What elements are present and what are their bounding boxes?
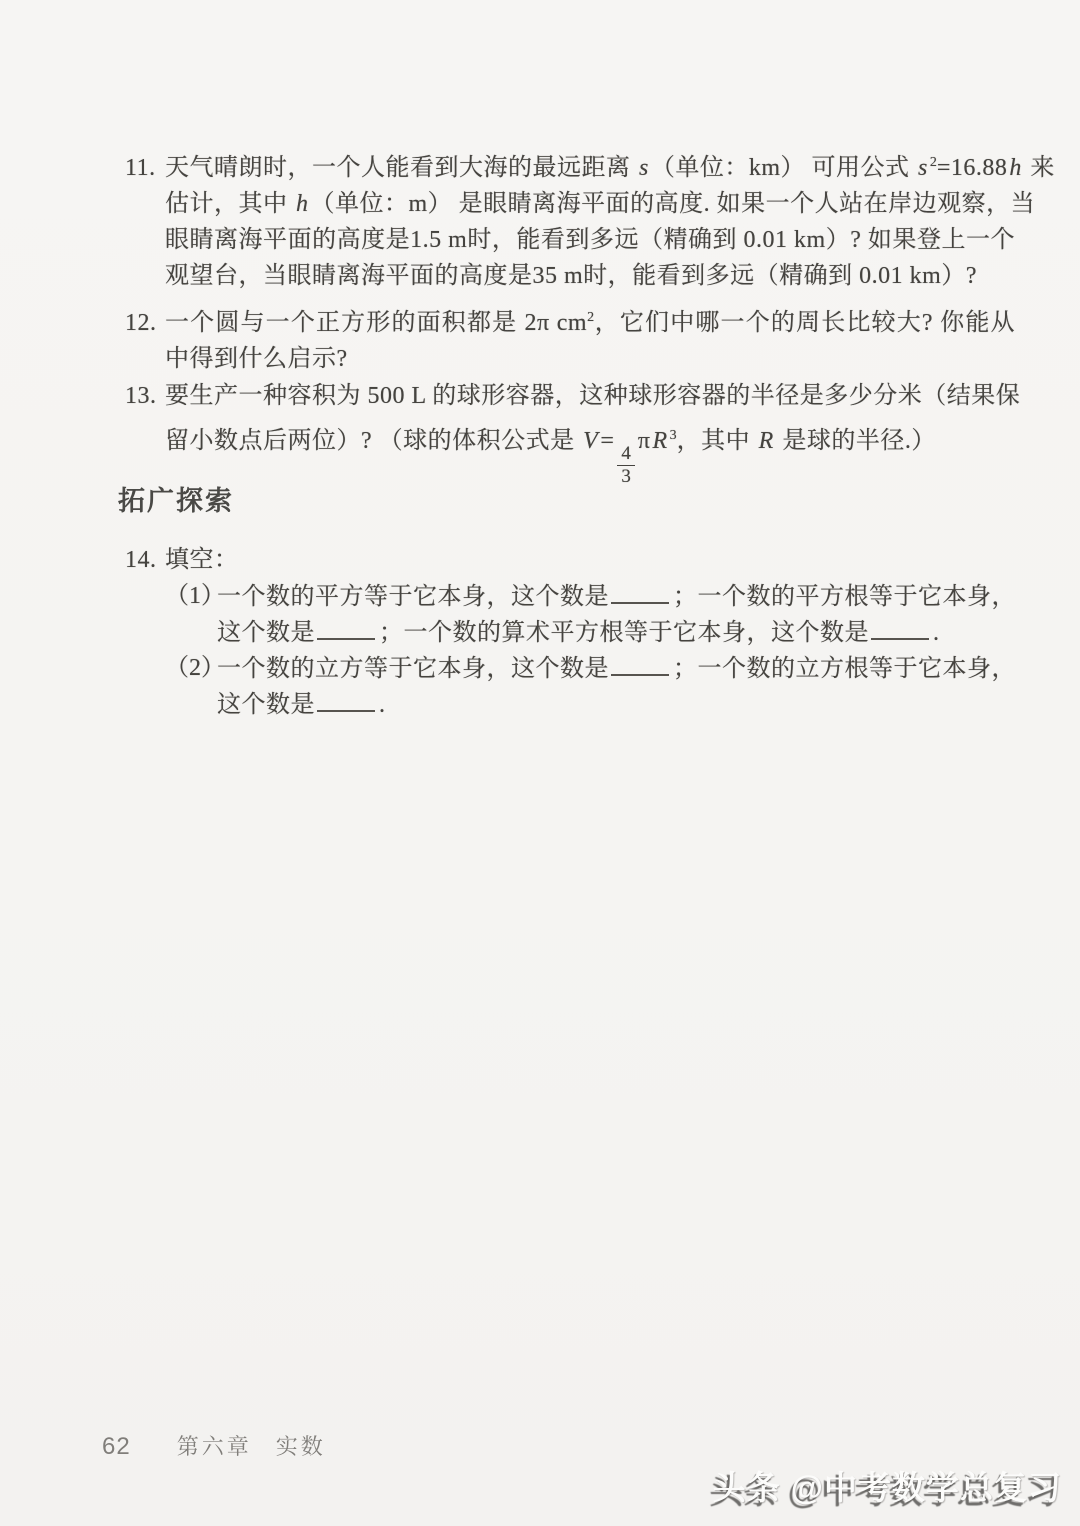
problem-14-subitem-2: （2） 一个数的立方等于它本身，这个数是；一个数的立方根等于它本身， 这个数是. bbox=[165, 650, 1015, 722]
subitem-2-body: 一个数的立方等于它本身，这个数是；一个数的立方根等于它本身， 这个数是. bbox=[217, 650, 1015, 722]
fill-in-blank bbox=[871, 614, 929, 640]
fraction-denominator: 3 bbox=[617, 465, 635, 487]
problem-14-body: 填空： （1） 一个数的平方等于它本身，这个数是；一个数的平方根等于它本身， 这… bbox=[165, 542, 1015, 722]
subitem-2-line-1: 一个数的立方等于它本身，这个数是；一个数的立方根等于它本身， bbox=[217, 650, 1015, 686]
fraction-numerator: 4 bbox=[617, 443, 635, 464]
superscript-2: 2 bbox=[930, 155, 937, 170]
problem-12-line-1: 一个圆与一个正方形的面积都是 2π cm2，它们中哪一个的周长比较大? 你能从 bbox=[165, 305, 1015, 341]
text-segment: （单位：km） 可用公式 bbox=[651, 155, 916, 181]
chapter-title: 实数 bbox=[276, 1430, 326, 1461]
problem-11-body: 天气晴朗时，一个人能看到大海的最远距离 s（单位：km） 可用公式 s2=16.… bbox=[165, 150, 1015, 294]
textbook-page: 11. 天气晴朗时，一个人能看到大海的最远距离 s（单位：km） 可用公式 s2… bbox=[0, 0, 1080, 1526]
chapter-label: 第六章 bbox=[177, 1430, 252, 1461]
problem-11-line-3: 眼睛离海平面的高度是1.5 m时，能看到多远（精确到 0.01 km）? 如果登… bbox=[165, 222, 1015, 258]
math-variable-h: h bbox=[1007, 155, 1024, 181]
text-segment: 天气晴朗时，一个人能看到大海的最远距离 bbox=[165, 155, 637, 181]
text-segment: 来 bbox=[1024, 155, 1055, 181]
subitem-1-marker: （1） bbox=[165, 578, 217, 650]
math-variable-s: s bbox=[637, 155, 651, 181]
math-variable-R: R bbox=[757, 428, 776, 454]
text-segment: . bbox=[933, 620, 940, 646]
pi-symbol: π bbox=[638, 428, 651, 454]
text-segment: 估计，其中 bbox=[165, 191, 294, 217]
text-segment: 一个数的立方等于它本身，这个数是 bbox=[217, 656, 609, 682]
text-segment: 一个圆与一个正方形的面积都是 2π cm bbox=[165, 310, 587, 336]
fraction-four-thirds: 43 bbox=[617, 443, 635, 487]
math-variable-R: R bbox=[651, 428, 670, 454]
problem-14: 14. 填空： （1） 一个数的平方等于它本身，这个数是；一个数的平方根等于它本… bbox=[125, 542, 1015, 722]
subitem-1-line-1: 一个数的平方等于它本身，这个数是；一个数的平方根等于它本身， bbox=[217, 578, 1015, 614]
problem-11: 11. 天气晴朗时，一个人能看到大海的最远距离 s（单位：km） 可用公式 s2… bbox=[125, 150, 1015, 294]
text-segment: 是球的半径.） bbox=[776, 428, 936, 454]
subitem-1-body: 一个数的平方等于它本身，这个数是；一个数的平方根等于它本身， 这个数是；一个数的… bbox=[217, 578, 1015, 650]
math-variable-h: h bbox=[294, 191, 311, 217]
fill-in-blank bbox=[317, 614, 375, 640]
page-footer: 62 第六章 实数 bbox=[102, 1430, 326, 1461]
text-segment: ；一个数的算术平方根等于它本身，这个数是 bbox=[379, 620, 869, 646]
problem-12-line-2: 中得到什么启示? bbox=[165, 341, 1015, 377]
fill-in-blank bbox=[611, 650, 669, 676]
text-segment: 一个数的平方等于它本身，这个数是 bbox=[217, 584, 609, 610]
page-number: 62 bbox=[102, 1433, 131, 1461]
problem-12-number: 12. bbox=[125, 305, 165, 377]
fill-in-blank bbox=[611, 578, 669, 604]
problem-14-subitem-1: （1） 一个数的平方等于它本身，这个数是；一个数的平方根等于它本身， 这个数是；… bbox=[165, 578, 1015, 650]
text-segment: ，其中 bbox=[677, 428, 757, 454]
superscript-2: 2 bbox=[587, 310, 594, 325]
math-variable-V: V bbox=[581, 428, 600, 454]
text-segment: 这个数是 bbox=[217, 692, 315, 718]
subitem-1-line-2: 这个数是；一个数的算术平方根等于它本身，这个数是. bbox=[217, 614, 1015, 650]
problem-13-line-2: 留小数点后两位）? （球的体积公式是 V=43πR3，其中 R 是球的半径.） bbox=[165, 414, 1015, 468]
problem-13-line-1: 要生产一种容积为 500 L 的球形容器，这种球形容器的半径是多少分米（结果保 bbox=[165, 378, 1015, 414]
text-segment: ；一个数的平方根等于它本身， bbox=[673, 584, 1016, 610]
text-segment: =16.88 bbox=[937, 155, 1008, 181]
problem-13: 13. 要生产一种容积为 500 L 的球形容器，这种球形容器的半径是多少分米（… bbox=[125, 378, 1015, 468]
text-segment: . bbox=[379, 692, 386, 718]
text-segment: ，它们中哪一个的周长比较大? 你能从 bbox=[594, 310, 1015, 336]
problem-13-number: 13. bbox=[125, 378, 165, 468]
superscript-3: 3 bbox=[670, 428, 677, 443]
problem-12: 12. 一个圆与一个正方形的面积都是 2π cm2，它们中哪一个的周长比较大? … bbox=[125, 305, 1015, 377]
problem-12-body: 一个圆与一个正方形的面积都是 2π cm2，它们中哪一个的周长比较大? 你能从 … bbox=[165, 305, 1015, 377]
problem-11-line-2: 估计，其中 h（单位：m） 是眼睛离海平面的高度. 如果一个人站在岸边观察，当 bbox=[165, 186, 1015, 222]
text-segment: 这个数是 bbox=[217, 620, 315, 646]
problem-14-line-1: 填空： bbox=[165, 542, 1015, 578]
text-segment: （单位：m） 是眼睛离海平面的高度. 如果一个人站在岸边观察，当 bbox=[311, 191, 1036, 217]
text-segment: 留小数点后两位）? （球的体积公式是 bbox=[165, 428, 581, 454]
problem-11-number: 11. bbox=[125, 150, 165, 294]
problem-14-number: 14. bbox=[125, 542, 165, 722]
problem-13-body: 要生产一种容积为 500 L 的球形容器，这种球形容器的半径是多少分米（结果保 … bbox=[165, 378, 1015, 468]
exercise-content: 11. 天气晴朗时，一个人能看到大海的最远距离 s（单位：km） 可用公式 s2… bbox=[125, 150, 1015, 722]
watermark-toutiao: 头条 @中考数学总复习 bbox=[713, 1462, 1062, 1509]
subitem-2-line-2: 这个数是. bbox=[217, 686, 1015, 722]
section-header-extension-exploration: 拓广探索 bbox=[118, 484, 1015, 518]
math-variable-s: s bbox=[916, 155, 930, 181]
fill-in-blank bbox=[317, 686, 375, 712]
subitem-2-marker: （2） bbox=[165, 650, 217, 722]
problem-11-line-1: 天气晴朗时，一个人能看到大海的最远距离 s（单位：km） 可用公式 s2=16.… bbox=[165, 150, 1015, 186]
text-segment: ；一个数的立方根等于它本身， bbox=[673, 656, 1016, 682]
equals-sign: = bbox=[600, 428, 614, 454]
problem-11-line-4: 观望台，当眼睛离海平面的高度是35 m时，能看到多远（精确到 0.01 km）? bbox=[165, 258, 1015, 294]
